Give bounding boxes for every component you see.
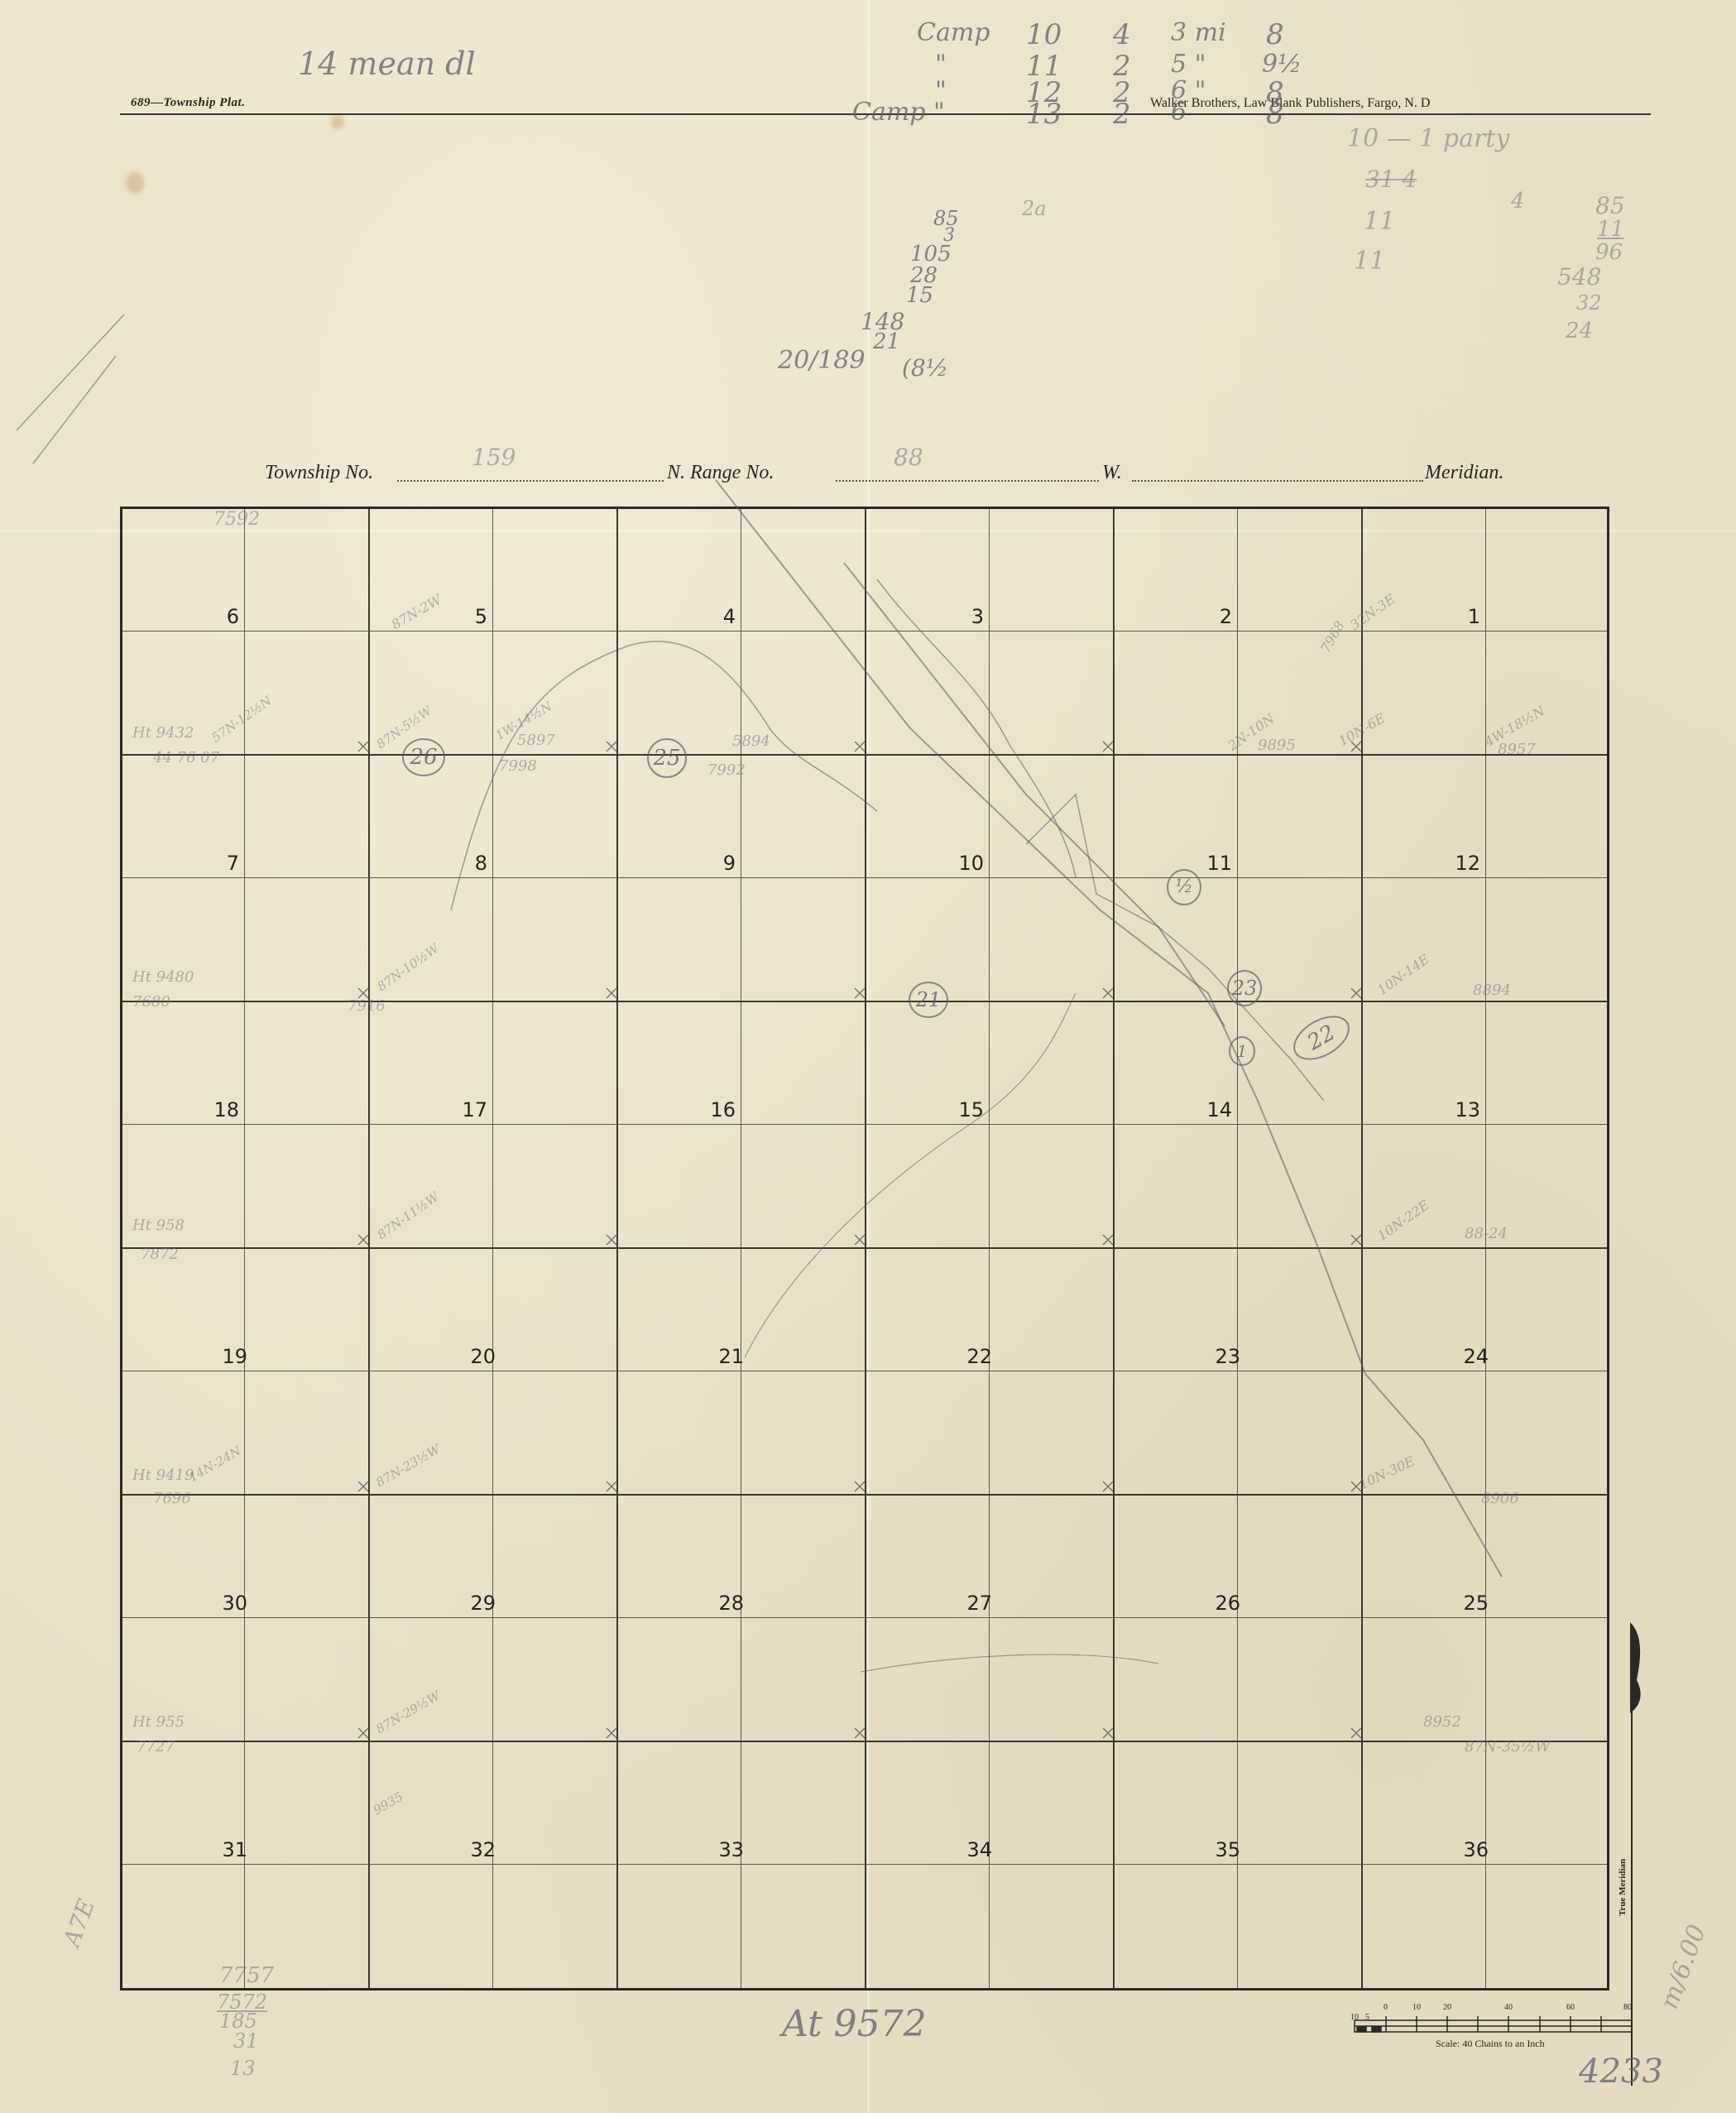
- circled-note: 26: [402, 738, 445, 776]
- pencil-note: Ht 9432: [132, 724, 194, 742]
- corner-crosses: [358, 742, 1361, 1738]
- pencil-note: Ht 9480: [132, 968, 194, 986]
- pencil-note: 9895: [1258, 737, 1296, 754]
- archive-serial-number: 4233: [1579, 2053, 1663, 2091]
- scale-tick-label: 60: [1566, 2003, 1575, 2012]
- scale-tick-label: 20: [1443, 2003, 1451, 2012]
- pencil-note: 31: [233, 2029, 259, 2053]
- traverse-line-2: [844, 563, 1225, 1026]
- pencil-note: 7916: [348, 997, 386, 1015]
- true-meridian-label: True Meridian: [1618, 1859, 1628, 1916]
- pencil-note: 13: [230, 2057, 256, 2080]
- circled-note: 25: [647, 738, 687, 778]
- pencil-note: Ht 9419: [132, 1467, 194, 1484]
- scale-tick-label: 0: [1384, 2003, 1388, 2012]
- drainage-line: [745, 993, 1076, 1357]
- creek-line: [877, 579, 1076, 877]
- pencil-note: 8952: [1423, 1713, 1461, 1731]
- scale-tick-label: 40: [1504, 2003, 1513, 2012]
- pencil-note: 88-24: [1465, 1225, 1508, 1242]
- pencil-note: 7680: [132, 993, 170, 1011]
- pencil-note: 8906: [1481, 1490, 1519, 1507]
- margin-strokes: [17, 315, 124, 463]
- boundary-line: [1026, 795, 1324, 1101]
- scale-caption: Scale: 40 Chains to an Inch: [1436, 2038, 1545, 2050]
- pencil-note: 7757: [219, 1963, 274, 1988]
- scale-tick-label: 80: [1623, 2003, 1632, 2012]
- pencil-note: 87N-35½W: [1465, 1738, 1551, 1755]
- pencil-note: 7592: [213, 509, 260, 530]
- circled-note: 21: [909, 982, 948, 1018]
- scale-tick-label: 10: [1350, 2013, 1359, 2022]
- pencil-note: 5894: [732, 732, 770, 750]
- circled-note: 23: [1227, 970, 1262, 1006]
- pencil-note: 7998: [499, 757, 537, 775]
- pencil-note: 7872: [141, 1246, 179, 1263]
- pencil-note: Ht 955: [132, 1713, 185, 1731]
- pencil-note-bottom-center: At 9572: [782, 2003, 927, 2045]
- pencil-note: Ht 958: [132, 1217, 185, 1234]
- pencil-note: 8957: [1498, 741, 1536, 758]
- pencil-note: 5897: [517, 732, 555, 749]
- scale-bar: [1355, 2016, 1632, 2032]
- pencil-note: 44 76 07: [153, 749, 219, 766]
- scale-tick-label: 5: [1365, 2013, 1369, 2022]
- pencil-note: 7696: [153, 1490, 191, 1507]
- true-meridian-arrow: [1630, 1622, 1641, 2086]
- circled-note: ½: [1167, 869, 1201, 905]
- circled-note: 1: [1229, 1036, 1255, 1066]
- pencil-note: 8894: [1473, 982, 1511, 999]
- pencil-note: 7992: [707, 761, 746, 779]
- scale-tick-label: 10: [1412, 2003, 1421, 2012]
- pencil-note: 7727: [137, 1738, 175, 1755]
- survey-traverse-line: [716, 480, 1502, 1577]
- drainage-line-2: [861, 1654, 1158, 1672]
- pencil-survey-overlay: [0, 0, 1736, 2113]
